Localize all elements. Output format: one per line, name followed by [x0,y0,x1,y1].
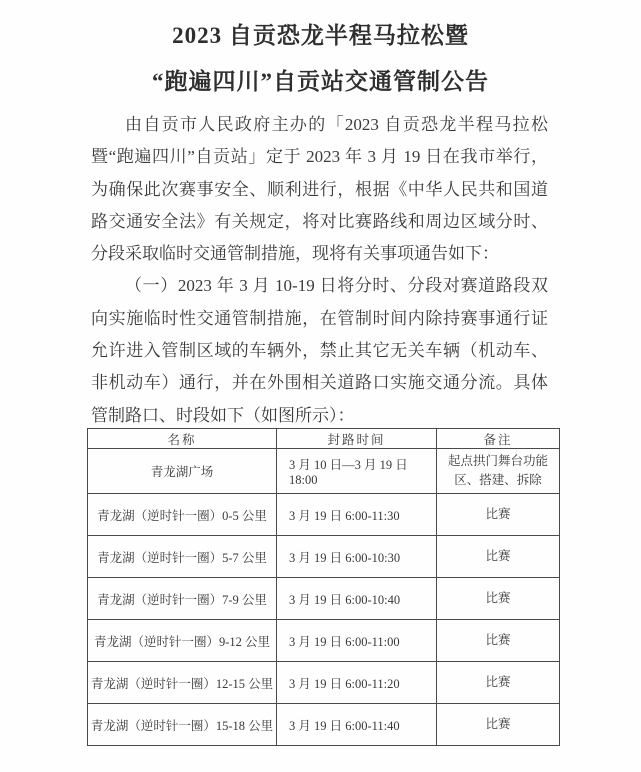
cell-remark: 比赛 [437,704,560,746]
cell-name: 青龙湖（逆时针一圈）7-9 公里 [88,578,277,620]
cell-name: 青龙湖广场 [88,449,277,494]
table-row: 青龙湖广场 3 月 10 日—3 月 19 日 18:00 起点拱门舞台功能区、… [88,449,560,494]
cell-time: 3 月 19 日 6:00-11:40 [277,704,437,746]
table-row: 青龙湖（逆时针一圈）5-7 公里 3 月 19 日 6:00-10:30 比赛 [88,536,560,578]
cell-remark: 比赛 [437,536,560,578]
cell-remark: 比赛 [437,620,560,662]
table-row: 青龙湖（逆时针一圈）9-12 公里 3 月 19 日 6:00-11:00 比赛 [88,620,560,662]
cell-remark: 起点拱门舞台功能区、搭建、拆除 [437,449,560,494]
cell-time: 3 月 19 日 6:00-10:30 [277,536,437,578]
cell-time: 3 月 19 日 6:00-10:40 [277,578,437,620]
cell-name: 青龙湖（逆时针一圈）12-15 公里 [88,662,277,704]
col-header-time: 封路时间 [277,429,437,449]
header-row: 名称 封路时间 备注 [88,429,560,449]
paragraph-intro: 由自贡市人民政府主办的「2023 自贡恐龙半程马拉松暨“跑遍四川”自贡站」定于 … [91,109,548,270]
cell-name: 青龙湖（逆时针一圈）15-18 公里 [88,704,277,746]
doc-title-line1: 2023 自贡恐龙半程马拉松暨 [0,17,641,50]
doc-title-line2: “跑遍四川”自贡站交通管制公告 [0,63,641,96]
table-row: 青龙湖（逆时针一圈）15-18 公里 3 月 19 日 6:00-11:40 比… [88,704,560,746]
col-header-remark: 备注 [437,429,560,449]
cell-name: 青龙湖（逆时针一圈）9-12 公里 [88,620,277,662]
cell-name: 青龙湖（逆时针一圈）0-5 公里 [88,494,277,536]
cell-remark: 比赛 [437,494,560,536]
cell-remark: 比赛 [437,662,560,704]
doc-body: 由自贡市人民政府主办的「2023 自贡恐龙半程马拉松暨“跑遍四川”自贡站」定于 … [91,109,548,432]
cell-remark: 比赛 [437,578,560,620]
cell-time: 3 月 19 日 6:00-11:20 [277,662,437,704]
paragraph-item-1: （一）2023 年 3 月 10-19 日将分时、分段对赛道路段双向实施临时性交… [91,270,548,431]
table-row: 青龙湖（逆时针一圈）12-15 公里 3 月 19 日 6:00-11:20 比… [88,662,560,704]
col-header-name: 名称 [88,429,277,449]
cell-time: 3 月 19 日 6:00-11:30 [277,494,437,536]
cell-name: 青龙湖（逆时针一圈）5-7 公里 [88,536,277,578]
cell-time: 3 月 19 日 6:00-11:00 [277,620,437,662]
table-row: 青龙湖（逆时针一圈）0-5 公里 3 月 19 日 6:00-11:30 比赛 [88,494,560,536]
announcement-page: 2023 自贡恐龙半程马拉松暨 “跑遍四川”自贡站交通管制公告 由自贡市人民政府… [0,0,641,772]
cell-time: 3 月 10 日—3 月 19 日 18:00 [277,449,437,494]
table-header: 名称 封路时间 备注 [88,429,560,449]
control-schedule-table: 名称 封路时间 备注 青龙湖广场 3 月 10 日—3 月 19 日 18:00… [87,428,560,746]
table-row: 青龙湖（逆时针一圈）7-9 公里 3 月 19 日 6:00-10:40 比赛 [88,578,560,620]
